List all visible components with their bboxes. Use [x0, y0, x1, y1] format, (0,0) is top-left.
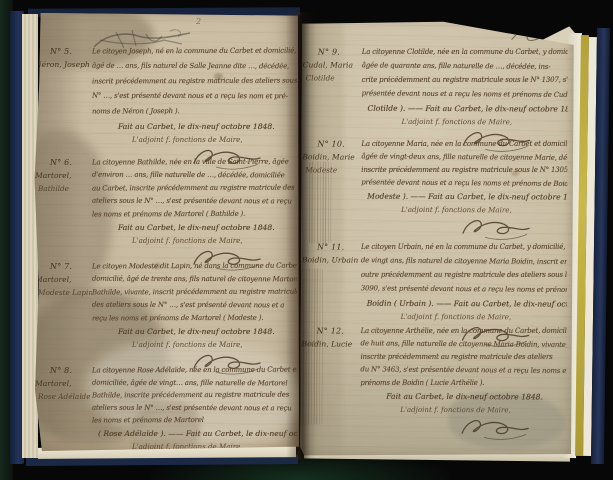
handwritten-line: âgée de vingt-deux ans, fille naturelle …: [361, 152, 567, 167]
left-page: 2 N° 5. Néron, Joseph Le citoyen Joseph,…: [34, 13, 299, 451]
handwritten-line: Le citoyen Urbain, né en la commune du C…: [361, 243, 567, 257]
dateline: ( Rose Adélaïde ). —— Fait au Carbet, le…: [92, 429, 297, 442]
handwritten-line: N° …, s'est présenté devant nous et a re…: [92, 92, 297, 108]
entry-number: N° 9.: [318, 47, 340, 56]
entry-number: N° 11.: [317, 242, 345, 251]
right-page: N° 9. Cudal, Maria Clotilde La citoyenne…: [300, 19, 574, 456]
entry-body: La citoyenne Maria, née en la commune du…: [361, 140, 567, 241]
dateline: Modeste ). —— Fait au Carbet, le dix-neu…: [361, 192, 567, 206]
entry-margin-name-2: Bathilde: [38, 184, 92, 193]
entry-body: La citoyenne Arthélie, née en la commune…: [360, 327, 566, 441]
entry-margin-name: Boidin, Marie: [302, 152, 358, 161]
marginal-annotation-vertical: [309, 161, 331, 243]
dateline: Fait au Carbet, le dix-neuf octobre 1848…: [92, 327, 297, 340]
handwritten-line: domicilié, âgé de trente ans, fils natur…: [92, 275, 297, 289]
handwritten-line: La citoyenne Clotilde, née en la commune…: [362, 48, 568, 62]
register-entry: N° 11. Boidin, Urbain Le citoyen Urbain,…: [301, 242, 573, 243]
entry-margin-name-2: Clotilde: [306, 73, 360, 82]
entry-number: N° 8.: [50, 366, 72, 375]
handwritten-line: inscrite précédemment au registre matric…: [361, 166, 567, 179]
entry-margin-name: Martorel,: [35, 379, 91, 388]
handwritten-line: présentée devant nous et a reçu les noms…: [361, 178, 567, 193]
entry-body: La citoyenne Bathilde, née en la ville d…: [92, 158, 297, 271]
pencil-corner-note: 2: [196, 17, 201, 26]
photographed-register-scene: 2 N° 5. Néron, Joseph Le citoyen Joseph,…: [0, 0, 613, 480]
handwritten-line: Le citoyen Joseph, né en la commune du C…: [92, 47, 297, 63]
handwritten-line: outre précédemment au registre matricule…: [361, 271, 567, 285]
handwritten-line: La citoyenne Arthélie, née en la commune…: [361, 327, 567, 340]
entry-number: N° 6.: [50, 158, 72, 167]
entry-margin-name-2: Modeste Lapin: [38, 288, 92, 297]
handwritten-line: La citoyenne Rose Adélaïde, née en la co…: [92, 366, 297, 379]
handwritten-line: Le citoyen Modeste dit Lapin, né dans la…: [92, 262, 297, 276]
handwritten-line: d'environ … ans, fille naturelle de …, d…: [92, 171, 297, 185]
dateline: Clotilde ). —— Fait au Carbet, le dix-ne…: [362, 104, 568, 118]
handwritten-line: inscrit précédemment au registre matricu…: [92, 77, 297, 93]
handwritten-line: du N° 3463, s'est présentée devant nous …: [360, 365, 566, 380]
entry-body: La citoyenne Clotilde, née en la commune…: [361, 48, 567, 153]
handwritten-line: ateliers sous le N° …, s'est présentée d…: [92, 197, 297, 211]
handwritten-line: 3090, s'est présenté devant nous et a re…: [361, 284, 567, 300]
register-entry: N° 9. Cudal, Maria Clotilde La citoyenne…: [302, 47, 574, 48]
signature-flourish: [457, 214, 567, 240]
handwritten-line: inscrite précédemment au registre matric…: [360, 353, 566, 366]
handwritten-line: de huit ans, fille naturelle de citoyenn…: [360, 339, 566, 354]
dateline: Boidin ( Urbain ). —— Fait au Carbet, le…: [361, 299, 567, 313]
handwritten-line: ateliers sous le N° …, s'est présentée d…: [92, 403, 297, 416]
handwritten-line: Bathilde, inscrite précédemment au regis…: [92, 391, 297, 404]
entry-margin-name: Martorel,: [35, 275, 91, 284]
handwritten-line: La citoyenne Maria, née en la commune du…: [361, 140, 567, 153]
handwritten-line: reçu les noms et prénoms de Martorel ( M…: [92, 314, 297, 328]
handwritten-line: domiciliée, âgée de vingt… ans, fille na…: [92, 378, 297, 391]
entry-margin-name: Boidin, Urbain: [302, 255, 358, 264]
handwritten-line: présentée devant nous et a reçu les noms…: [362, 89, 568, 105]
entry-margin-name-2: Rose Adélaïde: [38, 392, 92, 401]
entry-body: La citoyenne Rose Adélaïde, née en la co…: [92, 366, 297, 451]
register-entry: N° 10. Boidin, Marie Modeste La citoyenn…: [301, 139, 573, 140]
entry-margin-name: Néron, Joseph: [35, 60, 91, 69]
handwritten-line: La citoyenne Bathilde, née en la ville d…: [92, 158, 297, 172]
entry-body: Le citoyen Modeste dit Lapin, né dans la…: [92, 262, 297, 375]
dateline: Fait au Carbet, le dix-neuf octobre 1848…: [92, 122, 297, 135]
register-entry: N° 12. Boidin, Lucie La citoyenne Arthél…: [301, 326, 573, 327]
signature-flourish: [456, 414, 566, 440]
handwritten-line: noms de Néron ( Joseph ).: [92, 107, 297, 123]
entry-margin-name: Cudal, Maria: [303, 60, 359, 69]
handwritten-line: des ateliers sous le N° …, s'est présent…: [92, 301, 297, 315]
handwritten-line: les noms et prénoms de Martorel ( Bathil…: [92, 210, 297, 224]
handwritten-line: crite précédemment au registre matricule…: [362, 76, 568, 90]
handwritten-line: Bathilde, vivante, inscrit précédemment …: [92, 288, 297, 302]
handwritten-line: au Carbet, inscrite précédemment au regi…: [92, 184, 297, 198]
handwritten-line: âgé de … ans, fils naturel de Salle Jean…: [92, 62, 297, 78]
handwritten-line: prénoms de Boidin ( Lucie Arthélie ).: [360, 379, 566, 392]
entry-margin-name: Martorel,: [35, 171, 91, 180]
entry-number: N° 7.: [50, 262, 72, 271]
entry-body: Le citoyen Joseph, né en la commune du C…: [92, 47, 297, 170]
entry-number: N° 5.: [50, 47, 72, 56]
dateline: Fait au Carbet, le dix-neuf octobre 1848…: [92, 223, 297, 236]
handwritten-line: âgée de quarante ans, fille naturelle de…: [362, 61, 568, 77]
entry-number: N° 12.: [317, 326, 345, 335]
dateline: Fait au Carbet, le dix-neuf octobre 1848…: [360, 392, 566, 406]
entry-number: N° 10.: [317, 139, 345, 148]
handwritten-line: de vingt ans, fils naturel de citoyenne …: [361, 256, 567, 272]
marginal-annotation-vertical: [300, 340, 322, 424]
handwritten-line: les noms et prénoms de Martorel: [92, 416, 297, 429]
